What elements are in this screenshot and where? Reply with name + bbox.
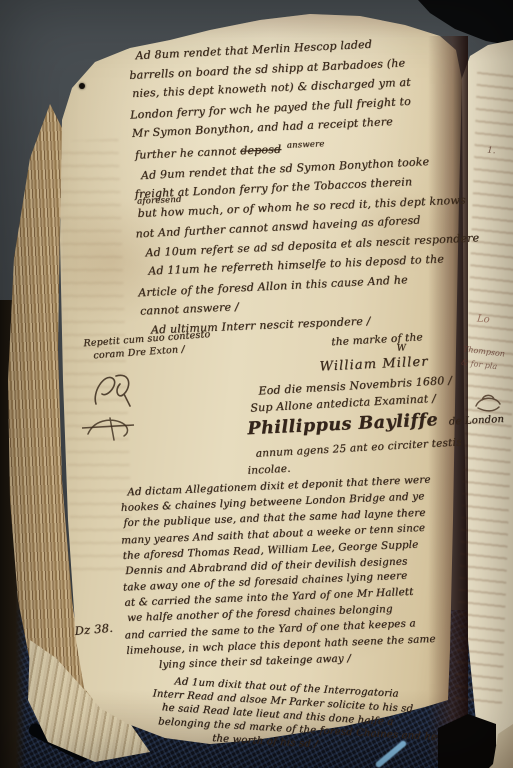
manuscript-photo: Ad 8um rendet that Merlin Hescop laded b… [0,0,513,768]
right-page-flourish-icon [472,386,504,414]
examination-heading: Eod die mensis Novembris 1680 / Sup Allo… [243,370,504,480]
witness-origin: de London [449,414,505,428]
right-page-initial: Lo [476,313,490,325]
ms-line-part: further he cannot [135,144,237,161]
deposition-paragraph: Ad dictam Allegationem dixit et deponit … [120,471,487,676]
notary-flourish-icon [90,368,136,412]
right-page-numeral: 1. [487,146,496,157]
signature-block: the marke of the W William Miller [316,331,427,375]
struck-word: deposd [240,142,282,157]
deponent-mark: W [397,343,427,354]
answers-paragraphs: Ad 8um rendet that Merlin Hescop laded b… [128,30,491,341]
inserted-word: answere [287,139,325,151]
cancelled-flourish-icon [80,412,138,444]
witness-name: Phillippus Bayliffe [247,410,439,439]
wormhole-dot [79,83,85,89]
interline-insert: aforesend [137,191,182,213]
